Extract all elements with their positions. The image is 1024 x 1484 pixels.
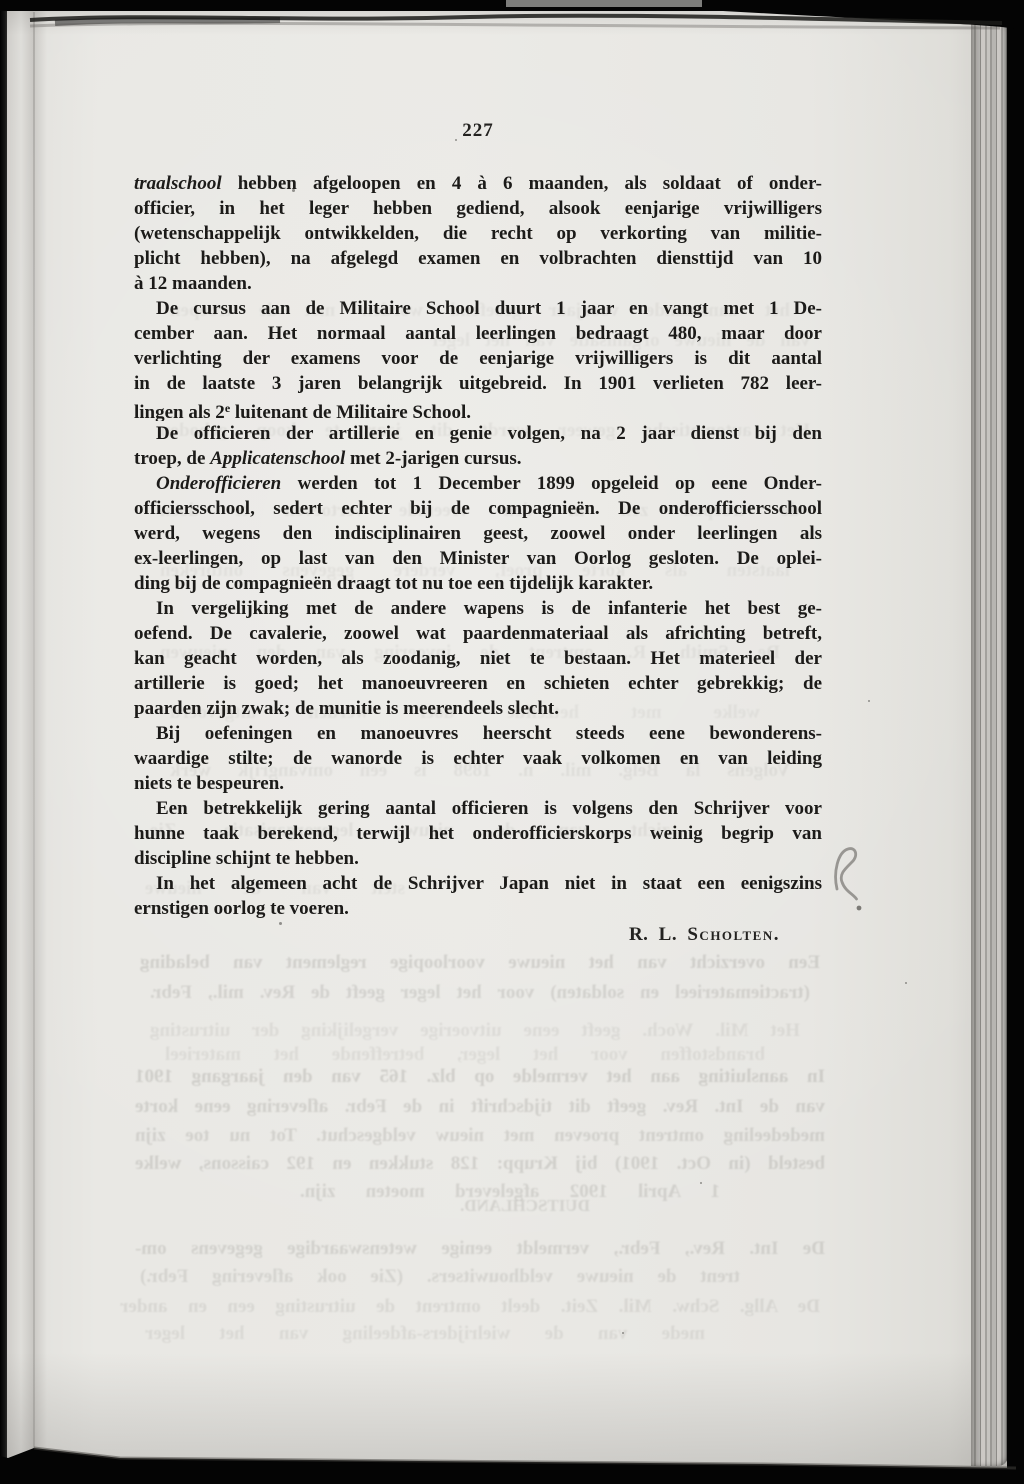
text-line: niets te bespeuren. — [134, 771, 822, 796]
text-line: artillerie is goed; het manoeuvreeren en… — [134, 671, 822, 696]
text-line: Bij oefeningen en manoeuvres heerscht st… — [134, 721, 822, 746]
text-line: waardige stilte; de wanorde is echter va… — [134, 746, 822, 771]
text-line: (wetenschappelijk ontwikkelden, die rech… — [134, 221, 822, 246]
text-line: lingen als 2e luitenant de Militaire Sch… — [134, 396, 822, 421]
body-text: traalschool hebben afgeloopen en 4 à 6 m… — [134, 171, 822, 921]
text-line: paarden zijn zwak; de munitie is meerend… — [134, 696, 822, 721]
dust-speck — [279, 922, 282, 925]
dust-speck — [905, 982, 907, 984]
text-segment: luitenant de Militaire School. — [230, 402, 471, 421]
bleedthrough-line: van de Int. Rev. geeft dit tijdschrift i… — [135, 1096, 825, 1120]
text-segment: lingen als 2 — [134, 402, 225, 421]
text-line: ernstigen oorlog te voeren. — [134, 896, 822, 921]
text-segment: werd, wegens den indisciplinairen geest,… — [134, 523, 822, 544]
text-segment: (wetenschappelijk ontwikkelden, die rech… — [134, 223, 822, 244]
text-line: In vergelijking met de andere wapens is … — [134, 596, 822, 621]
text-line: ex-leerlingen, op last van den Minister … — [134, 546, 822, 571]
bleedthrough-line: DUITSCHLAND. — [420, 1196, 630, 1220]
bleedthrough-line: Het Mil. Woch. geeft eene uitvoerige ver… — [150, 1020, 800, 1044]
text-line: verlichting der examens voor de eenjarig… — [134, 346, 822, 371]
text-line: werd, wegens den indisciplinairen geest,… — [134, 521, 822, 546]
text-segment: officiersschool, sedert echter bij de co… — [134, 498, 822, 519]
paragraph: traalschool hebben afgeloopen en 4 à 6 m… — [134, 171, 822, 296]
text-segment: De officieren der artillerie en genie vo… — [156, 423, 822, 444]
bleedthrough-line: De Int. Rev., Febr., vermeldt eenige wet… — [135, 1238, 825, 1262]
text-line: Onderofficieren werden tot 1 December 18… — [134, 471, 822, 496]
text-line: hunne taak berekend, terwijl het onderof… — [134, 821, 822, 846]
dust-speck — [455, 139, 457, 141]
text-line: cember aan. Het normaal aantal leerlinge… — [134, 321, 822, 346]
bleedthrough-line: trent de nieuwe veldhouwitsers. (Zie ook… — [140, 1266, 740, 1290]
paragraph: Een betrekkelijk gering aantal officiere… — [134, 796, 822, 871]
text-segment: in de laatste 3 jaren belangrijk uitgebr… — [134, 373, 822, 394]
text-segment: hebben afgeloopen en 4 à 6 maanden, als … — [222, 173, 822, 194]
text-segment: officier, in het leger hebben gediend, a… — [134, 198, 822, 219]
text-line: discipline schijnt te hebben. — [134, 846, 822, 871]
text-line: Een betrekkelijk gering aantal officiere… — [134, 796, 822, 821]
scan-background-left — [0, 0, 7, 1484]
text-segment: met 2-jarigen cursus. — [345, 448, 521, 469]
page-gutter-crease — [33, 12, 35, 1452]
text-segment: troep, de — [134, 448, 210, 469]
signature-surname: Scholten. — [687, 924, 780, 945]
dust-speck — [868, 700, 870, 702]
text-line: à 12 maanden. — [134, 271, 822, 296]
bleedthrough-line: mede van de wielrijders-afdeeling van he… — [145, 1323, 705, 1347]
paragraph: De officieren der artillerie en genie vo… — [134, 421, 822, 471]
text-segment: kan geacht worden, als zoodanig, niet te… — [134, 648, 822, 669]
dust-speck — [292, 189, 295, 192]
text-line: plicht hebben), na afgelegd examen en vo… — [134, 246, 822, 271]
bleedthrough-line: (tractiematerieel en soldaten) voor het … — [150, 982, 810, 1006]
text-segment: In het algemeen acht de Schrijver Japan … — [156, 873, 822, 894]
text-segment: De cursus aan de Militaire School duurt … — [156, 298, 822, 319]
italic-text: traalschool — [134, 173, 222, 194]
text-segment: ding bij de compagnieën draagt tot nu to… — [134, 573, 653, 594]
text-segment: plicht hebben), na afgelegd examen en vo… — [134, 248, 822, 269]
paragraph: In vergelijking met de andere wapens is … — [134, 596, 822, 721]
text-line: kan geacht worden, als zoodanig, niet te… — [134, 646, 822, 671]
italic-text: Onderofficieren — [156, 473, 281, 494]
text-segment: discipline schijnt te hebben. — [134, 848, 359, 869]
text-segment: ex-leerlingen, op last van den Minister … — [134, 548, 822, 569]
page-stack-edge — [971, 16, 1008, 1466]
text-line: ding bij de compagnieën draagt tot nu to… — [134, 571, 822, 596]
text-line: in de laatste 3 jaren belangrijk uitgebr… — [134, 371, 822, 396]
text-line: oefend. De cavalerie, zoowel wat paarden… — [134, 621, 822, 646]
bleedthrough-line: In aansluiting aan het vermelde op blz. … — [135, 1066, 825, 1090]
bleedthrough-line: De Allg. Schw. Mil. Zeit. deelt omtrent … — [120, 1296, 820, 1320]
bleedthrough-line: mededeeling omtrent proeven met nieuw ve… — [135, 1125, 825, 1149]
text-segment: hunne taak berekend, terwijl het onderof… — [134, 823, 822, 844]
paragraph: Onderofficieren werden tot 1 December 18… — [134, 471, 822, 596]
bleedthrough-line: Een overzicht van het nieuwe voorloopige… — [140, 952, 820, 976]
author-signature: R. L. Scholten. — [134, 924, 822, 946]
text-segment: In vergelijking met de andere wapens is … — [156, 598, 822, 619]
signature-initials: R. L. — [629, 924, 687, 945]
paragraph: De cursus aan de Militaire School duurt … — [134, 296, 822, 421]
bleedthrough-line: besteld (in Oct. 1901) bij Krupp: 128 st… — [135, 1153, 825, 1177]
text-segment: à 12 maanden. — [134, 273, 252, 294]
text-line: officiersschool, sedert echter bij de co… — [134, 496, 822, 521]
paragraph: In het algemeen acht de Schrijver Japan … — [134, 871, 822, 921]
text-segment: cember aan. Het normaal aantal leerlinge… — [134, 323, 822, 344]
text-line: troep, de Applicatenschool met 2-jarigen… — [134, 446, 822, 471]
dust-speck — [700, 1182, 702, 1184]
text-segment: Bij oefeningen en manoeuvres heerscht st… — [156, 723, 822, 744]
text-segment: oefend. De cavalerie, zoowel wat paarden… — [134, 623, 822, 644]
text-segment: waardige stilte; de wanorde is echter va… — [134, 748, 822, 769]
text-segment: werden tot 1 December 1899 opgeleid op e… — [281, 473, 822, 494]
text-line: De officieren der artillerie en genie vo… — [134, 421, 822, 446]
text-line: De cursus aan de Militaire School duurt … — [134, 296, 822, 321]
page-number: 227 — [134, 120, 822, 142]
text-segment: artillerie is goed; het manoeuvreeren en… — [134, 673, 822, 694]
text-segment: paarden zijn zwak; de munitie is meerend… — [134, 698, 559, 719]
dust-speck — [622, 1332, 624, 1334]
italic-text: Applicatenschool — [210, 448, 345, 469]
text-segment: ernstigen oorlog te voeren. — [134, 898, 349, 919]
text-segment: niets te bespeuren. — [134, 773, 284, 794]
text-line: In het algemeen acht de Schrijver Japan … — [134, 871, 822, 896]
scan-background-right — [1007, 0, 1024, 1484]
bleedthrough-line: brandstoffen voor het leger, betreffende… — [165, 1044, 765, 1068]
text-line: officier, in het leger hebben gediend, a… — [134, 196, 822, 221]
scanned-book-page: het aanstaande voorjaar geoefend worden … — [0, 0, 1024, 1484]
paragraph: Bij oefeningen en manoeuvres heerscht st… — [134, 721, 822, 796]
text-segment: verlichting der examens voor de eenjarig… — [134, 348, 822, 369]
text-segment: Een betrekkelijk gering aantal officiere… — [156, 798, 822, 819]
text-line: traalschool hebben afgeloopen en 4 à 6 m… — [134, 171, 822, 196]
